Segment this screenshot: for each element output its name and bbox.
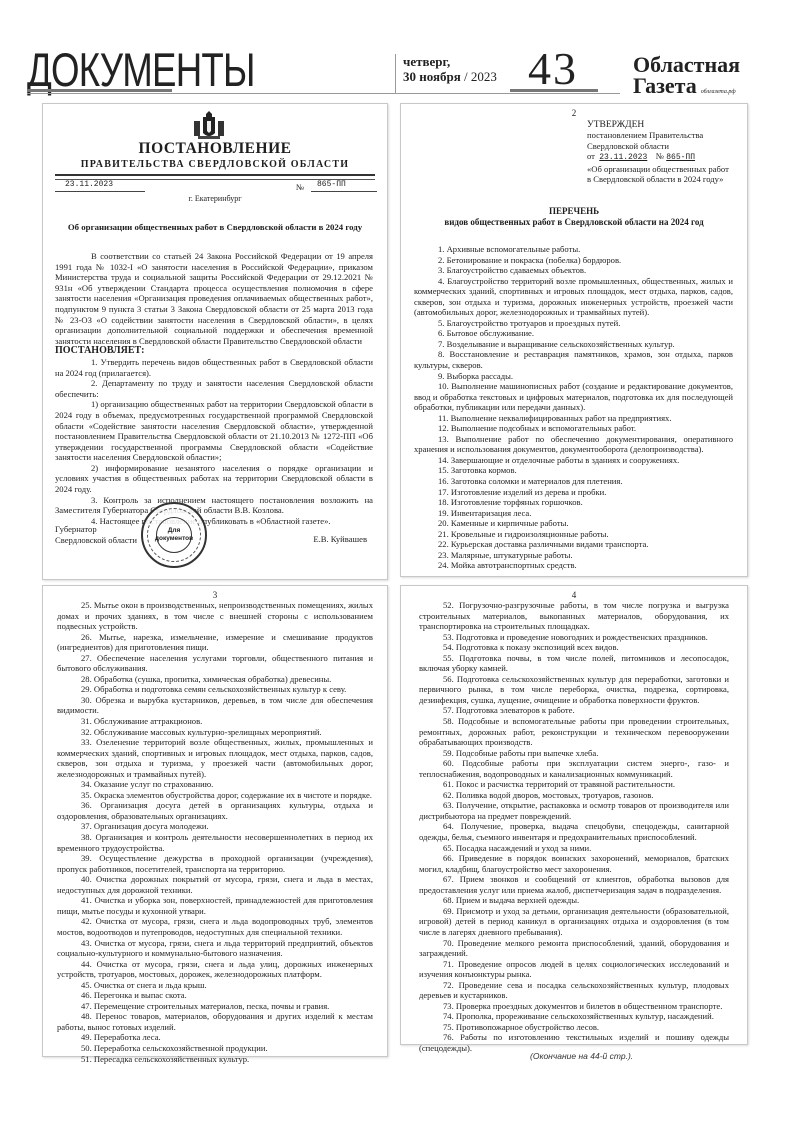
masthead: ДОКУМЕНТЫ четверг, 30 ноября / 2023 43 О… — [0, 0, 800, 100]
decree-city: г. Екатеринбург — [43, 194, 387, 205]
list-item: 13. Выполнение работ по обеспечению доку… — [414, 434, 733, 455]
list-item: 41. Очистка и уборка зон, поверхностей, … — [57, 895, 373, 916]
brand-line-1: Областная — [633, 54, 740, 75]
list-item: 16. Заготовка соломки и материалов для п… — [414, 476, 733, 487]
list-item: 59. Подсобные работы при выпечке хлеба. — [419, 748, 729, 759]
signer-name: Е.В. Куйвашев — [313, 534, 367, 545]
list-item: 49. Переработка леса. — [57, 1032, 373, 1043]
approved-number-label: № — [656, 151, 664, 161]
page-number-underline — [510, 89, 598, 92]
list-item: 38. Организация и контроль деятельности … — [57, 832, 373, 853]
approval-block: УТВЕРЖДЕН постановлением Правительства С… — [587, 120, 729, 184]
list-item: 48. Перенос товаров, материалов, оборудо… — [57, 1011, 373, 1032]
list-item: 30. Обрезка и вырубка кустарников, дерев… — [57, 695, 373, 716]
list-item: 19. Инвентаризация леса. — [414, 508, 733, 519]
section-title: ДОКУМЕНТЫ — [27, 46, 255, 93]
list-item: 9. Выборка рассады. — [414, 371, 733, 382]
list-item: 44. Очистка от мусора, грязи, снега и ль… — [57, 959, 373, 980]
list-item: 35. Окраска элементов обустройства дорог… — [57, 790, 373, 801]
list-item: 32. Обслуживание массовых культурно-зрел… — [57, 727, 373, 738]
decree-number-label: № — [296, 182, 304, 193]
list-item: 67. Прием звонков и сообщений от клиенто… — [419, 874, 729, 895]
list-item: 3. Благоустройство сдаваемых объектов. — [414, 265, 733, 276]
decree-subpoint: 1) организацию общественных работ на тер… — [55, 399, 373, 463]
appendix-page-2: 2 УТВЕРЖДЕН постановлением Правительства… — [400, 103, 748, 577]
list-item: 56. Подготовка сельскохозяйственных куль… — [419, 674, 729, 706]
signer-title-line-1: Губернатор — [55, 524, 137, 535]
issue-date: четверг, 30 ноября / 2023 — [403, 54, 497, 84]
list-item: 42. Очистка от мусора, грязи, снега и ль… — [57, 916, 373, 937]
list-item: 24. Мойка автотранспортных средств. — [414, 560, 733, 571]
list-item: 46. Перегонка и выпас скота. — [57, 990, 373, 1001]
approved-title: в Свердловской области в 2024 году» — [587, 174, 729, 184]
brand-domain: облгазета.рф — [701, 89, 736, 95]
approved-head: УТВЕРЖДЕН — [587, 120, 729, 130]
decree-preamble: В соответствии со статьей 24 Закона Росс… — [55, 251, 373, 346]
approved-line: постановлением Правительства — [587, 130, 729, 140]
list-item: 68. Прием и выдача верхней одежды. — [419, 895, 729, 906]
decree-point: 2. Департаменту по труду и занятости нас… — [55, 378, 373, 399]
list-item: 62. Поливка водой дворов, мостовых, трот… — [419, 790, 729, 801]
list-title: ПЕРЕЧЕНЬ — [401, 206, 747, 217]
continuation-note[interactable]: (Окончание на 44-й стр.). — [530, 1051, 633, 1061]
list-item: 6. Бытовое обслуживание. — [414, 328, 733, 339]
list-item: 21. Кровельные и гидроизоляционные работ… — [414, 529, 733, 540]
decree-point: 1. Утвердить перечень видов общественных… — [55, 357, 373, 378]
approved-title: «Об организации общественных работ — [587, 164, 729, 174]
year: 2023 — [471, 69, 497, 84]
list-item: 50. Переработка сельскохозяйственной про… — [57, 1043, 373, 1054]
list-item: 17. Изготовление изделий из дерева и про… — [414, 487, 733, 498]
list-item: 25. Мытье окон в производственных, непро… — [57, 600, 373, 632]
list-item: 69. Присмотр и уход за детьми, организац… — [419, 906, 729, 938]
list-item: 27. Обеспечение населения услугами торго… — [57, 653, 373, 674]
list-item: 7. Возделывание и выращивание сельскохоз… — [414, 339, 733, 350]
year-separator: / — [461, 69, 471, 84]
appendix-page-3: 3 25. Мытье окон в производственных, неп… — [42, 585, 388, 1057]
approved-line: Свердловской области — [587, 141, 729, 151]
approved-date: 23.11.2023 — [599, 153, 647, 162]
works-list: 25. Мытье окон в производственных, непро… — [57, 600, 373, 1064]
list-item: 66. Приведение в порядок воинских захоро… — [419, 853, 729, 874]
list-item: 8. Восстановление и реставрация памятник… — [414, 349, 733, 370]
list-item: 20. Каменные и кирпичные работы. — [414, 518, 733, 529]
list-item: 5. Благоустройство тротуаров и проездных… — [414, 318, 733, 329]
list-item: 14. Завершающие и отделочные работы в зд… — [414, 455, 733, 466]
list-item: 1. Архивные вспомогательные работы. — [414, 244, 733, 255]
weekday: четверг, — [403, 54, 497, 69]
seal-line-1: Для — [143, 527, 205, 535]
section-underline — [27, 89, 172, 92]
list-item: 58. Подсобные и вспомогательные работы п… — [419, 716, 729, 748]
list-item: 53. Подготовка и проведение новогодних и… — [419, 632, 729, 643]
list-item: 43. Очистка от мусора, грязи, снега и ль… — [57, 938, 373, 959]
list-item: 71. Проведение опросов людей в целях соц… — [419, 959, 729, 980]
list-item: 63. Получение, открытие, распаковка и ос… — [419, 800, 729, 821]
list-item: 65. Посадка насаждений и уход за ними. — [419, 843, 729, 854]
decrees-label: ПОСТАНОВЛЯЕТ: — [55, 346, 373, 357]
list-item: 29. Обработка и подготовка семян сельско… — [57, 684, 373, 695]
list-heading: ПЕРЕЧЕНЬ видов общественных работ в Свер… — [401, 206, 747, 228]
list-item: 36. Организация досуга детей в организац… — [57, 800, 373, 821]
list-item: 12. Выполнение подсобных и вспомогательн… — [414, 423, 733, 434]
list-item: 31. Обслуживание аттракционов. — [57, 716, 373, 727]
list-item: 75. Противопожарное обустройство лесов. — [419, 1022, 729, 1033]
decree-body: В соответствии со статьей 24 Закона Росс… — [55, 251, 373, 526]
decree-page-1: ПОСТАНОВЛЕНИЕ ПРАВИТЕЛЬСТВА СВЕРДЛОВСКОЙ… — [42, 103, 388, 580]
seal-stamp-icon: Для документов — [141, 502, 207, 568]
approved-number: 865-ПП — [666, 153, 695, 162]
masthead-rule — [27, 93, 407, 94]
list-subtitle: видов общественных работ в Свердловской … — [401, 217, 747, 228]
masthead-divider — [395, 54, 396, 94]
list-item: 74. Прополка, прореживание сельскохозяйс… — [419, 1011, 729, 1022]
list-item: 52. Погрузочно-разгрузочные работы, в то… — [419, 600, 729, 632]
works-list: 1. Архивные вспомогательные работы.2. Бе… — [414, 244, 733, 571]
list-item: 51. Пересадка сельскохозяйственных культ… — [57, 1054, 373, 1065]
signer-title-line-2: Свердловской области — [55, 535, 137, 546]
decree-point: 3. Контроль за исполнением настоящего по… — [55, 495, 373, 516]
document-issuer: ПРАВИТЕЛЬСТВА СВЕРДЛОВСКОЙ ОБЛАСТИ — [43, 160, 387, 171]
list-item: 45. Очистка от снега и льда крыш. — [57, 980, 373, 991]
decree-subpoint: 2) информирование незанятого населения о… — [55, 463, 373, 495]
decree-title: Об организации общественных работ в Свер… — [43, 222, 387, 233]
list-item: 40. Очистка дорожных покрытий от мусора,… — [57, 874, 373, 895]
seal-text: Для документов — [143, 527, 205, 542]
approved-date-prefix: от — [587, 151, 595, 161]
list-item: 23. Малярные, штукатурные работы. — [414, 550, 733, 561]
list-item: 4. Благоустройство территорий возле пром… — [414, 276, 733, 318]
list-item: 70. Проведение мелкого ремонта приспособ… — [419, 938, 729, 959]
date: 30 ноября — [403, 69, 461, 84]
list-item: 11. Выполнение неквалифицированных работ… — [414, 413, 733, 424]
list-item: 54. Подготовка к показу экспозиций всех … — [419, 642, 729, 653]
appendix-page-4: 4 52. Погрузочно-разгрузочные работы, в … — [400, 585, 748, 1045]
list-item: 10. Выполнение машинописных работ (созда… — [414, 381, 733, 413]
seal-line-2: документов — [143, 535, 205, 543]
list-item: 73. Проверка проездных документов и биле… — [419, 1001, 729, 1012]
list-item: 57. Подготовка элеваторов к работе. — [419, 705, 729, 716]
list-item: 26. Мытье, нарезка, измельчение, измерен… — [57, 632, 373, 653]
list-item: 39. Осуществление дежурства в проходной … — [57, 853, 373, 874]
decree-date: 23.11.2023 — [55, 180, 145, 192]
list-item: 37. Организация досуга молодежи. — [57, 821, 373, 832]
list-item: 22. Курьерская доставка различными видам… — [414, 539, 733, 550]
coat-of-arms-icon — [192, 111, 226, 141]
list-item: 33. Озеленение территорий возле обществе… — [57, 737, 373, 779]
page-number-2: 2 — [415, 108, 733, 120]
decree-number: 865-ПП — [311, 180, 377, 192]
list-item: 34. Оказание услуг по страхованию. — [57, 779, 373, 790]
document-type: ПОСТАНОВЛЕНИЕ — [43, 144, 387, 155]
newspaper-logo[interactable]: Областная Газетаоблгазета.рф — [633, 54, 740, 103]
works-list: 52. Погрузочно-разгрузочные работы, в то… — [419, 600, 729, 1054]
list-item: 15. Заготовка кормов. — [414, 465, 733, 476]
list-item: 64. Получение, проверка, выдача спецобув… — [419, 821, 729, 842]
page-number: 43 — [528, 46, 578, 92]
list-item: 60. Подсобные работы при эксплуатации си… — [419, 758, 729, 779]
brand-line-2: Газета — [633, 73, 697, 98]
list-item: 18. Изготовление торфяных горшочков. — [414, 497, 733, 508]
list-item: 47. Перемещение строительных материалов,… — [57, 1001, 373, 1012]
list-item: 61. Покос и расчистка территорий от трав… — [419, 779, 729, 790]
list-item: 72. Проведение сева и посадка сельскохоз… — [419, 980, 729, 1001]
list-item: 2. Бетонирование и покраска (побелка) бо… — [414, 255, 733, 266]
list-item: 55. Подготовка почвы, в том числе полей,… — [419, 653, 729, 674]
masthead-rule-right — [395, 93, 620, 94]
signer-title: Губернатор Свердловской области — [55, 524, 137, 545]
list-item: 28. Обработка (сушка, пропитка, химическ… — [57, 674, 373, 685]
